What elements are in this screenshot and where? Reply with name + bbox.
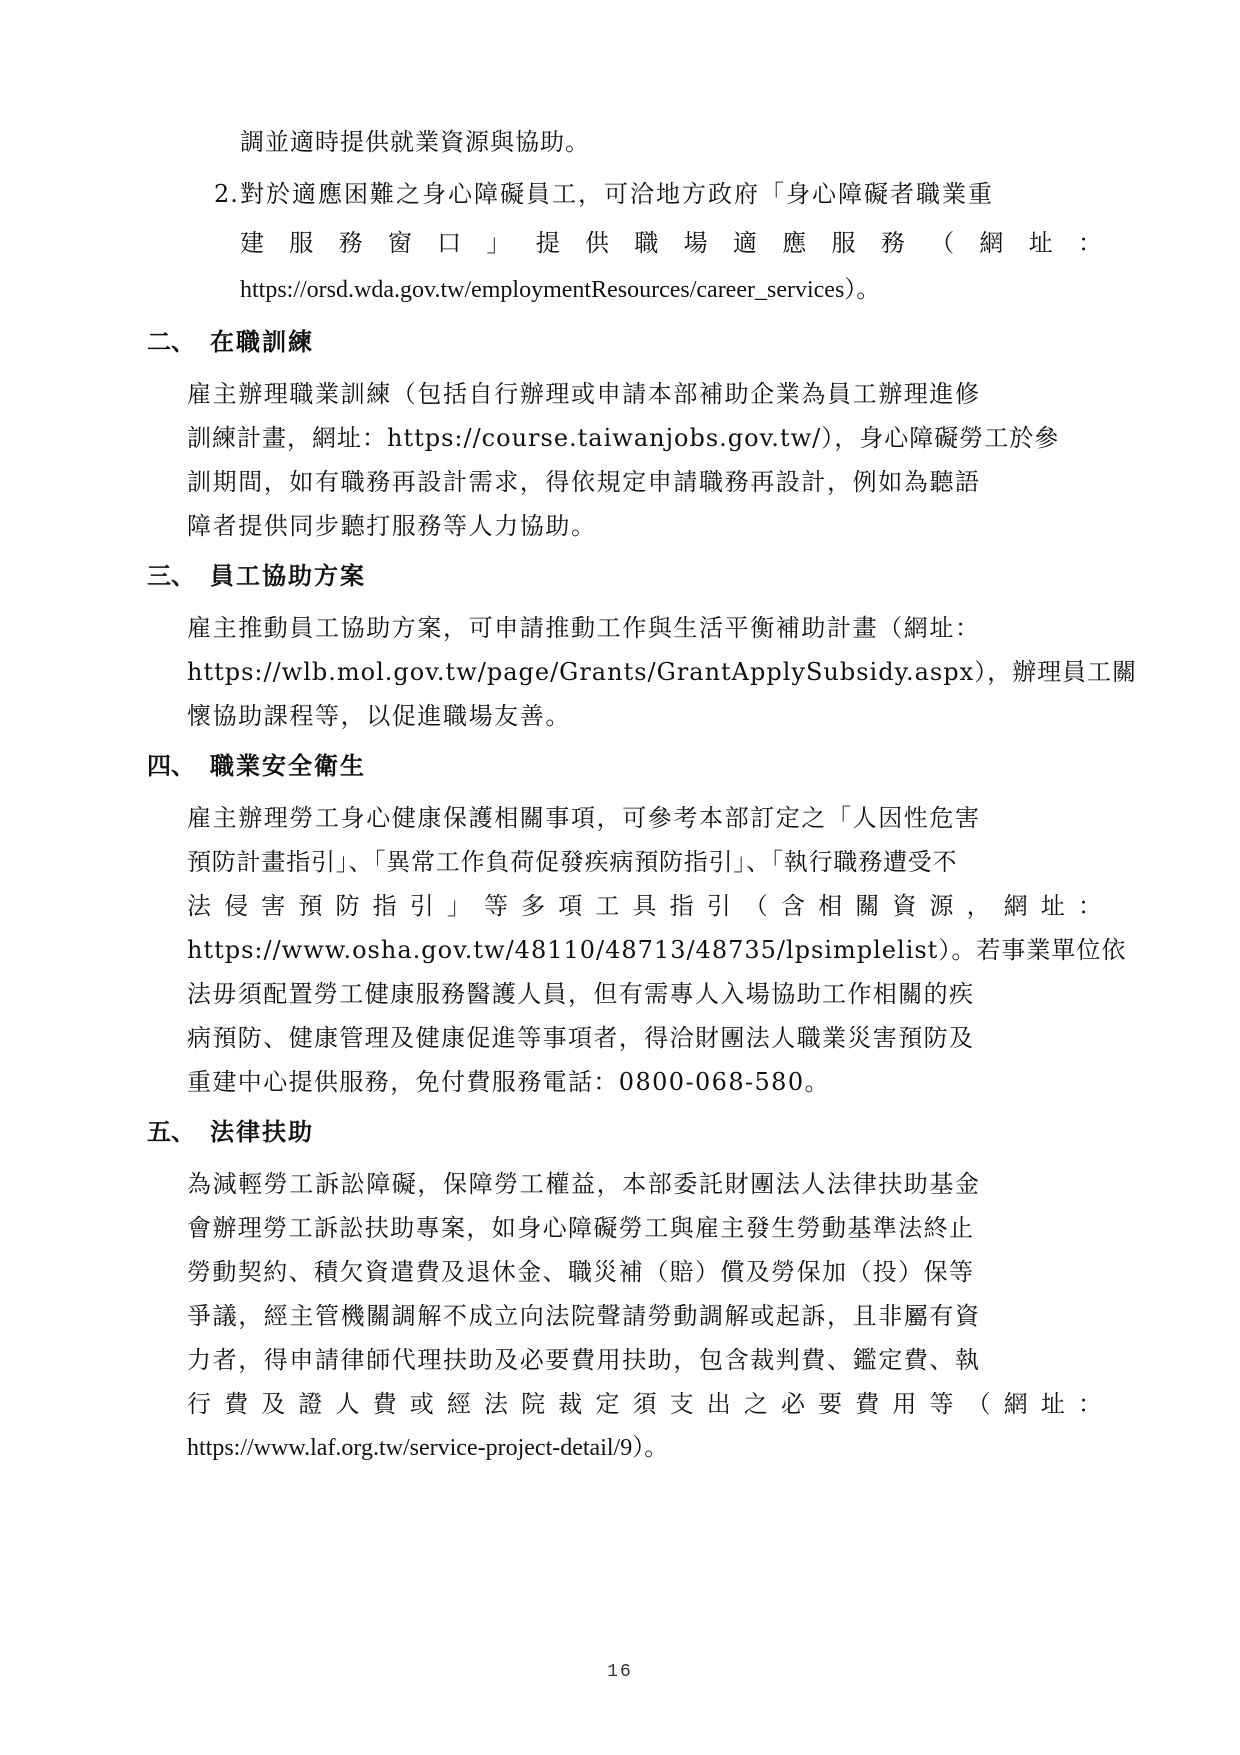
url-link[interactable]: https://www.laf.org.tw/service-project-d… — [187, 1432, 668, 1464]
list-marker: 2. — [214, 178, 239, 210]
paragraph-line: 法侵害預防指引」等多項工具指引（含相關資源，網址： — [187, 890, 1102, 922]
page-number: 16 — [0, 1662, 1240, 1682]
section-heading: 在職訓練 — [210, 326, 314, 358]
section-heading: 法律扶助 — [210, 1116, 314, 1148]
section-number: 四、 — [147, 750, 195, 782]
paragraph-line: 行費及證人費或經法院裁定須支出之必要費用等（網址： — [187, 1388, 1102, 1420]
paragraph-line: 雇主辦理勞工身心健康保護相關事項，可參考本部訂定之「人因性危害 — [187, 802, 981, 834]
paragraph-line: 勞動契約、積欠資遣費及退休金、職災補（賠）償及勞保加（投）保等 — [187, 1256, 974, 1288]
list-item-text-line: 對於適應困難之身心障礙員工，可洽地方政府「身心障礙者職業重 — [240, 178, 994, 210]
paragraph-line: 法毋須配置勞工健康服務醫護人員，但有需專人入場協助工作相關的疾 — [187, 978, 974, 1010]
paragraph-line: 爭議，經主管機關調解不成立向法院聲請勞動調解或起訴，且非屬有資 — [187, 1300, 981, 1332]
paragraph-line: 力者，得申請律師代理扶助及必要費用扶助，包含裁判費、鑑定費、執 — [187, 1344, 981, 1376]
section-heading: 職業安全衛生 — [210, 750, 366, 782]
url-link[interactable]: https://orsd.wda.gov.tw/employmentResour… — [240, 274, 880, 306]
paragraph-line: 障者提供同步聽打服務等人力協助。 — [187, 510, 597, 542]
paragraph-line: 病預防、健康管理及健康促進等事項者，得洽財團法人職業災害預防及 — [187, 1022, 974, 1054]
continuation-text: 調並適時提供就業資源與協助。 — [240, 126, 590, 158]
paragraph-line: 預防計畫指引」、「異常工作負荷促發疾病預防指引」、「執行職務遭受不 — [187, 846, 957, 878]
document-page: 調並適時提供就業資源與協助。 2. 對於適應困難之身心障礙員工，可洽地方政府「身… — [0, 0, 1240, 1755]
section-number: 三、 — [147, 560, 195, 592]
section-heading: 員工協助方案 — [210, 560, 366, 592]
paragraph-line: 重建中心提供服務，免付費服務電話：0800-068-580。 — [187, 1066, 830, 1098]
list-item-text-line: 建服務窗口」提供職場適應服務（網址： — [240, 227, 1102, 259]
paragraph-line: 為減輕勞工訴訟障礙，保障勞工權益，本部委託財團法人法律扶助基金 — [187, 1168, 981, 1200]
paragraph-line: https://www.osha.gov.tw/48110/48713/4873… — [187, 934, 1126, 966]
paragraph-line: 訓練計畫，網址：https://course.taiwanjobs.gov.tw… — [187, 422, 1059, 454]
section-number: 二、 — [147, 326, 195, 358]
paragraph-line: 雇主辦理職業訓練（包括自行辦理或申請本部補助企業為員工辦理進修 — [187, 378, 981, 410]
paragraph-line: 訓期間，如有職務再設計需求，得依規定申請職務再設計，例如為聽語 — [187, 466, 981, 498]
section-number: 五、 — [147, 1116, 195, 1148]
paragraph-line: 會辦理勞工訴訟扶助專案，如身心障礙勞工與雇主發生勞動基準法終止 — [187, 1212, 974, 1244]
paragraph-line: https://wlb.mol.gov.tw/page/Grants/Grant… — [187, 656, 1137, 688]
paragraph-line: 雇主推動員工協助方案，可申請推動工作與生活平衡補助計畫（網址： — [187, 612, 981, 644]
paragraph-line: 懷協助課程等，以促進職場友善。 — [187, 700, 571, 732]
